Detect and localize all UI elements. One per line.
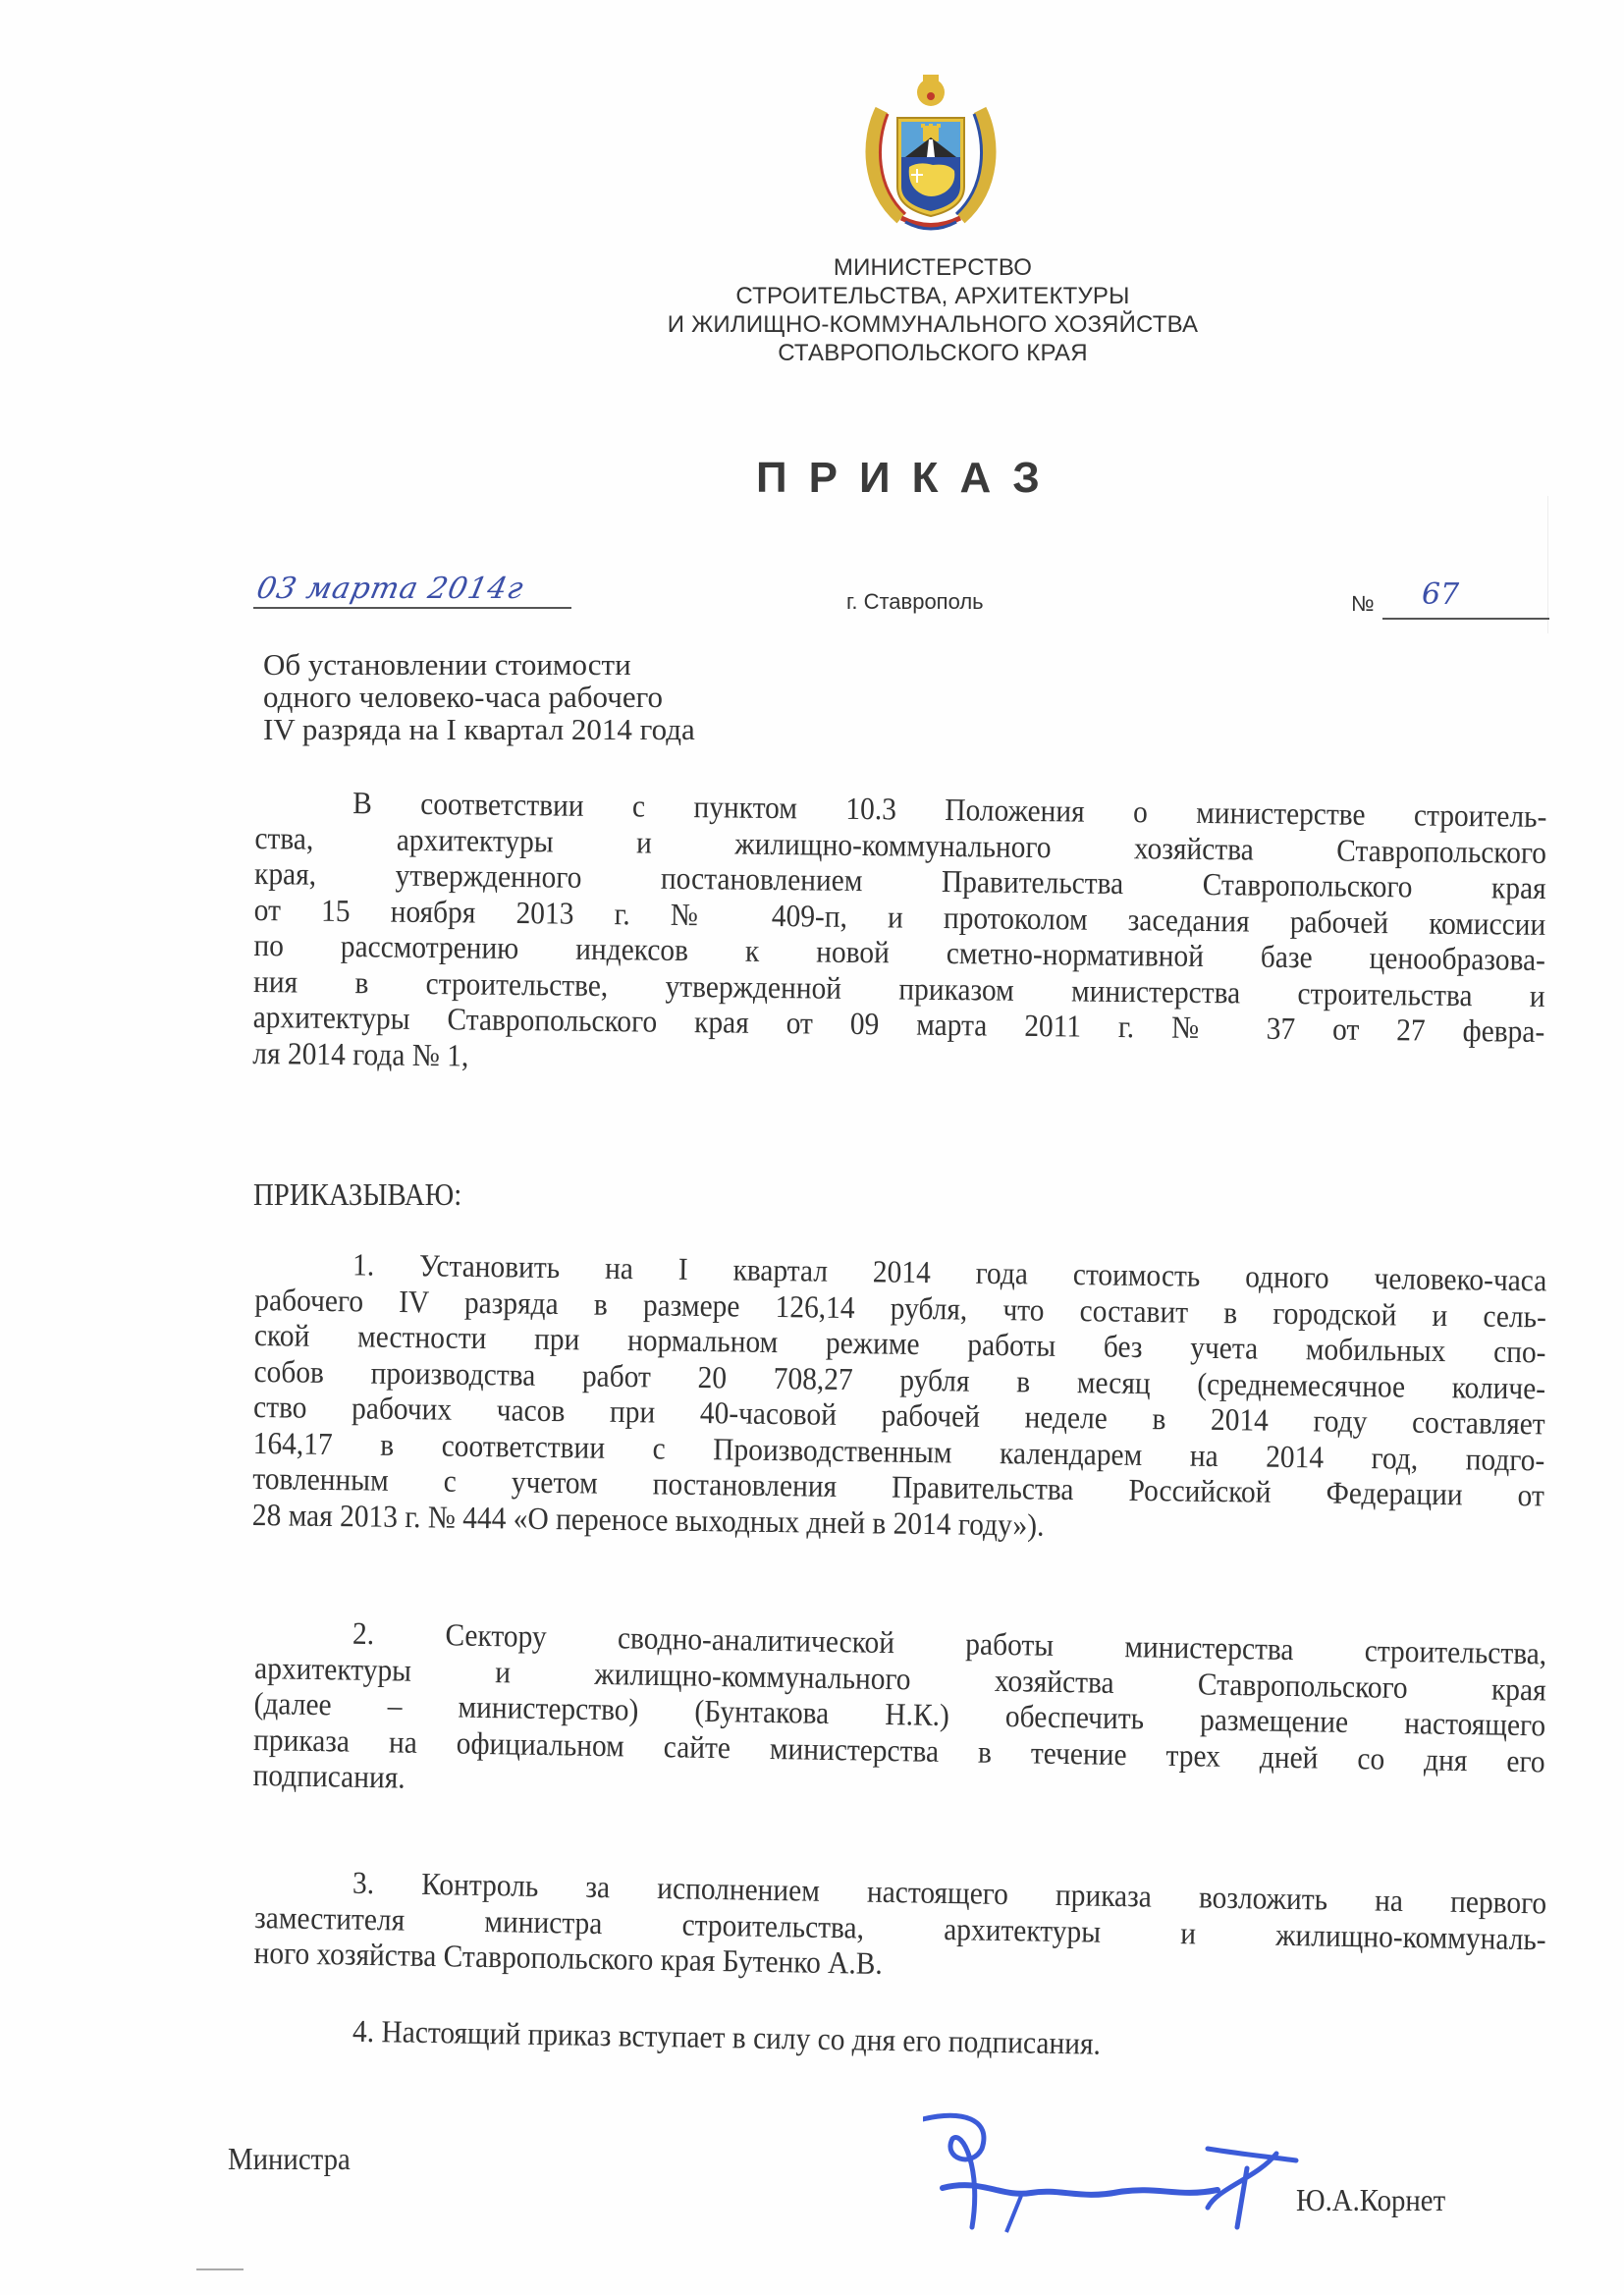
number-label: № — [1351, 591, 1375, 617]
subject-line: одного человеко-часа рабочего — [263, 681, 695, 713]
document-page: МИНИСТЕРСТВО СТРОИТЕЛЬСТВА, АРХИТЕКТУРЫ … — [0, 0, 1624, 2295]
order-item-3: 3. Контроль за исполнением настоящего пр… — [253, 1863, 1546, 1993]
handwritten-signature-icon — [923, 2109, 1335, 2237]
preamble-paragraph: В соответствии с пунктом 10.3 Положения … — [252, 784, 1546, 1085]
document-type-title: ПРИКАЗ — [756, 454, 1061, 503]
scan-edge-line — [1547, 496, 1548, 633]
subject-line: IV разряда на I квартал 2014 года — [263, 713, 695, 745]
signatory-role: Министра — [228, 2141, 351, 2177]
organization-name: МИНИСТЕРСТВО СТРОИТЕЛЬСТВА, АРХИТЕКТУРЫ … — [550, 253, 1316, 367]
order-word: ПРИКАЗЫВАЮ: — [253, 1176, 461, 1213]
number-underline — [1382, 618, 1549, 620]
order-item-2: 2. Сектору сводно-аналитической работы м… — [252, 1613, 1546, 1815]
order-item-4: 4. Настоящий приказ вступает в силу со д… — [254, 2011, 1546, 2069]
document-subject: Об установлении стоимости одного человек… — [263, 648, 695, 745]
org-line: СТРОИТЕЛЬСТВА, АРХИТЕКТУРЫ — [550, 282, 1316, 310]
text-line: 4. Настоящий приказ вступает в силу со д… — [254, 2011, 1546, 2069]
number-handwritten: 67 — [1422, 577, 1459, 612]
date-handwritten: 03 марта 2014г — [253, 572, 527, 606]
org-line: И ЖИЛИЩНО-КОММУНАЛЬНОГО ХОЗЯЙСТВА — [550, 310, 1316, 339]
org-line: МИНИСТЕРСТВО — [550, 253, 1316, 282]
org-line: СТАВРОПОЛЬСКОГО КРАЯ — [550, 339, 1316, 367]
city-label: г. Ставрополь — [846, 589, 984, 615]
signatory-name: Ю.А.Корнет — [1296, 2182, 1445, 2218]
order-item-1: 1. Установить на I квартал 2014 года сто… — [252, 1245, 1547, 1549]
coat-of-arms-icon — [862, 71, 1000, 236]
subject-line: Об установлении стоимости — [263, 648, 695, 681]
date-underline — [253, 607, 571, 609]
scan-artifact-line — [196, 2268, 244, 2270]
